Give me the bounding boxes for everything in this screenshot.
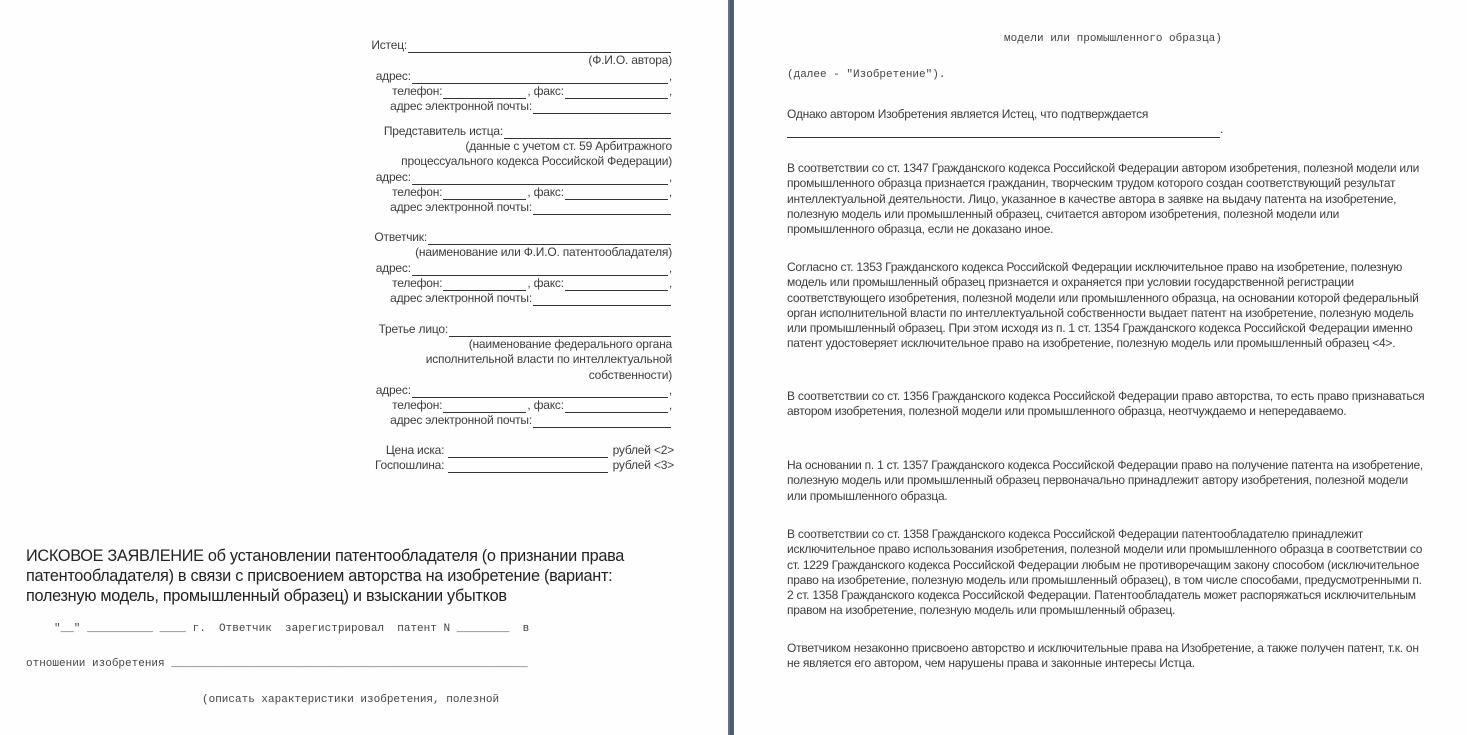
- representative-label: Представитель истца:: [384, 124, 503, 139]
- plaintiff-block: Истец: (Ф.И.О. автора) адрес:, телефон:,…: [371, 38, 672, 114]
- claim-price-label: Цена иска:: [386, 443, 444, 458]
- paragraph-violation: Ответчиком незаконно присвоено авторство…: [787, 641, 1427, 672]
- third-party-phone-field[interactable]: [443, 400, 526, 413]
- paragraph-art-1353: Согласно ст. 1353 Гражданского кодекса Р…: [787, 260, 1427, 352]
- body-line-registration: "__" __________ ____ г. Ответчик зарегис…: [54, 623, 529, 635]
- plaintiff-phone-label: телефон:: [392, 84, 442, 99]
- author-confirmation: Однако автором Изобретения является Исте…: [787, 107, 1427, 138]
- representative-fax-field[interactable]: [565, 187, 668, 200]
- plaintiff-fax-field[interactable]: [565, 86, 668, 99]
- body-line-invention: отношении изобретения __________________…: [26, 658, 528, 670]
- plaintiff-phone-field[interactable]: [443, 86, 526, 99]
- paragraph-art-1357: На основании п. 1 ст. 1357 Гражданского …: [787, 458, 1427, 504]
- continuation-line: модели или промышленного образца): [1004, 33, 1222, 45]
- representative-fax-label: , факс:: [527, 185, 564, 200]
- third-party-address-label: адрес:: [376, 383, 411, 398]
- defendant-phone-field[interactable]: [443, 278, 526, 291]
- plaintiff-address-field[interactable]: [412, 71, 668, 84]
- third-party-note-3: собственности): [376, 368, 672, 383]
- plaintiff-fax-label: , факс:: [527, 84, 564, 99]
- paragraph-art-1347: В соответствии со ст. 1347 Гражданского …: [787, 161, 1427, 237]
- third-party-label: Третье лицо:: [379, 322, 448, 337]
- defendant-note: (наименование или Ф.И.О. патентообладате…: [374, 245, 672, 260]
- representative-block: Представитель истца: (данные с учетом ст…: [376, 124, 672, 215]
- plaintiff-email-field[interactable]: [533, 101, 671, 114]
- third-party-phone-label: телефон:: [392, 398, 442, 413]
- claim-price-suffix: рублей <2>: [613, 443, 674, 458]
- third-party-note-1: (наименование федерального органа: [376, 337, 672, 352]
- representative-note-1: (данные с учетом ст. 59 Арбитражного: [376, 139, 672, 154]
- third-party-note-2: исполнительной власти по интеллектуально…: [376, 352, 672, 367]
- defendant-fax-field[interactable]: [565, 278, 668, 291]
- plaintiff-email-label: адрес электронной почты:: [390, 99, 532, 114]
- defendant-email-field[interactable]: [533, 293, 671, 306]
- defendant-address-label: адрес:: [376, 261, 411, 276]
- defendant-block: Ответчик: (наименование или Ф.И.О. патен…: [374, 230, 672, 306]
- third-party-email-label: адрес электронной почты:: [390, 413, 532, 428]
- third-party-name-field[interactable]: [449, 324, 671, 337]
- claim-price-field[interactable]: [448, 445, 608, 458]
- representative-name-field[interactable]: [504, 126, 671, 139]
- representative-email-field[interactable]: [533, 202, 671, 215]
- third-party-block: Третье лицо: (наименование федерального …: [376, 322, 672, 428]
- defendant-fax-label: , факс:: [527, 276, 564, 291]
- author-evidence-field[interactable]: [787, 125, 1220, 138]
- state-duty-field[interactable]: [448, 460, 608, 473]
- paragraph-art-1356: В соответствии со ст. 1356 Гражданского …: [787, 389, 1427, 420]
- representative-address-label: адрес:: [376, 170, 411, 185]
- document-title: ИСКОВОЕ ЗАЯВЛЕНИЕ об установлении патент…: [26, 546, 666, 606]
- defendant-name-field[interactable]: [428, 232, 671, 245]
- defendant-label: Ответчик:: [374, 230, 427, 245]
- claim-amounts-block: Цена иска: рублей <2> Госпошлина: рублей…: [375, 443, 674, 473]
- representative-address-field[interactable]: [412, 172, 668, 185]
- plaintiff-label: Истец:: [371, 38, 407, 53]
- representative-phone-label: телефон:: [392, 185, 442, 200]
- third-party-email-field[interactable]: [533, 415, 671, 428]
- defendant-email-label: адрес электронной почты:: [390, 291, 532, 306]
- state-duty-label: Госпошлина:: [375, 458, 444, 473]
- representative-phone-field[interactable]: [443, 187, 526, 200]
- plaintiff-name-field[interactable]: [408, 40, 671, 53]
- defendant-phone-label: телефон:: [392, 276, 442, 291]
- hereinafter-line: (далее - "Изобретение").: [787, 69, 945, 81]
- plaintiff-note: (Ф.И.О. автора): [371, 53, 672, 68]
- representative-note-2: процессуального кодекса Российской Федер…: [376, 154, 672, 169]
- third-party-fax-field[interactable]: [565, 400, 668, 413]
- paragraph-art-1358: В соответствии со ст. 1358 Гражданского …: [787, 527, 1427, 619]
- right-page: модели или промышленного образца) (далее…: [734, 0, 1467, 735]
- third-party-fax-label: , факс:: [527, 398, 564, 413]
- author-intro: Однако автором Изобретения является Исте…: [787, 107, 1427, 122]
- plaintiff-address-label: адрес:: [376, 69, 411, 84]
- state-duty-suffix: рублей <3>: [613, 458, 674, 473]
- third-party-address-field[interactable]: [412, 385, 668, 398]
- body-line-describe: (описать характеристики изобретения, пол…: [202, 694, 499, 706]
- defendant-address-field[interactable]: [412, 263, 668, 276]
- left-page: Истец: (Ф.И.О. автора) адрес:, телефон:,…: [0, 0, 728, 735]
- representative-email-label: адрес электронной почты:: [390, 200, 532, 215]
